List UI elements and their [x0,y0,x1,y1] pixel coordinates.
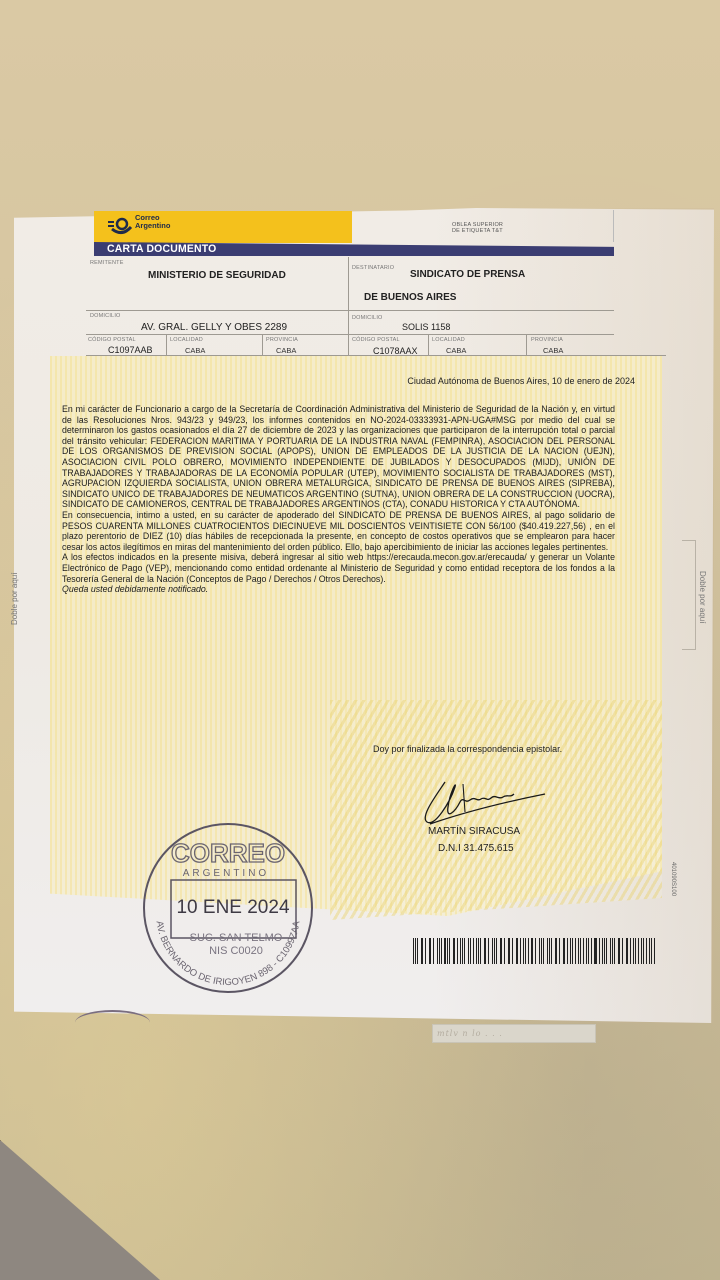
svg-text:10 ENE 2024: 10 ENE 2024 [176,897,289,918]
recipient-province-label: PROVINCIA [531,337,563,343]
brand-band [94,211,352,243]
closing-line: Queda usted debidamente notificado. [62,584,615,595]
fold-left-label: Doble por aquí [10,573,19,625]
brand-line-2: Argentino [135,222,170,230]
sender-label: REMITENTE [90,260,124,266]
sender-province: CABA [276,346,296,355]
sender-locality-label: LOCALIDAD [170,337,203,343]
barcode [413,938,657,964]
recipient-name-line-1: SINDICATO DE PRENSA [410,269,525,280]
grid-line [262,335,263,355]
paragraph-2: En consecuencia, intimo a usted, en su c… [62,510,615,552]
fold-notch [682,540,696,650]
place-date: Ciudad Autónoma de Buenos Aires, 10 de e… [407,376,635,386]
grid-line [86,310,614,311]
sender-address: AV. GRAL. GELLY Y OBES 2289 [141,322,287,333]
sender-postal-label: CÓDIGO POSTAL [88,337,136,343]
svg-text:SUC. SAN TELMO: SUC. SAN TELMO [190,932,283,944]
grid-divider [348,257,349,355]
recipient-label: DESTINATARIO [352,265,394,271]
recipient-postal-code: C1078AAX [373,346,418,356]
recipient-address: SOLIS 1158 [402,322,450,332]
recipient-name-line-2: DE BUENOS AIRES [364,292,456,303]
serial-number: 401090S100 [670,862,676,896]
signer-name: MARTÍN SIRACUSA [428,826,520,837]
correo-argentino-logo-icon [108,217,132,235]
tracking-sticker: mtlv n lo . . . [432,1024,596,1043]
farewell-line: Doy por finalizada la correspondencia ep… [373,744,562,754]
svg-text:NIS C0020: NIS C0020 [209,945,263,957]
grid-line [526,335,527,355]
recipient-locality-label: LOCALIDAD [432,337,465,343]
postmark-stamp-icon: CORREO ARGENTINO 10 ENE 2024 SUC. SAN TE… [138,818,318,998]
letter-body: En mi carácter de Funcionario a cargo de… [62,404,615,595]
fold-right-label: Doble por aquí [698,571,707,623]
svg-text:CORREO: CORREO [171,838,285,868]
grid-line [166,335,167,355]
signature-icon [415,772,555,832]
sender-locality: CABA [185,346,205,355]
sender-province-label: PROVINCIA [266,337,298,343]
paragraph-1: En mi carácter de Funcionario a cargo de… [62,404,615,510]
sticker-scribble: mtlv n lo . . . [437,1029,503,1038]
grid-line [428,335,429,355]
partial-stamp-icon [75,1010,150,1035]
paragraph-3: A los efectos indicados en la presente m… [62,552,615,584]
recipient-locality: CABA [446,346,466,355]
svg-text:ARGENTINO: ARGENTINO [183,868,269,879]
sender-postal-code: C1097AAB [108,345,153,355]
doc-type-title: CARTA DOCUMENTO [107,243,216,255]
brand-name: Correo Argentino [135,214,170,230]
tt-label-line-2: DE ETIQUETA T&T [452,228,532,234]
sender-name: MINISTERIO DE SEGURIDAD [148,270,286,281]
recipient-address-label: DOMICILIO [352,315,383,321]
tt-label: OBLEA SUPERIOR DE ETIQUETA T&T [452,222,532,234]
sender-address-label: DOMICILIO [90,313,121,319]
recipient-postal-label: CÓDIGO POSTAL [352,337,400,343]
recipient-province: CABA [543,346,563,355]
signer-dni: D.N.I 31.475.615 [438,843,514,854]
